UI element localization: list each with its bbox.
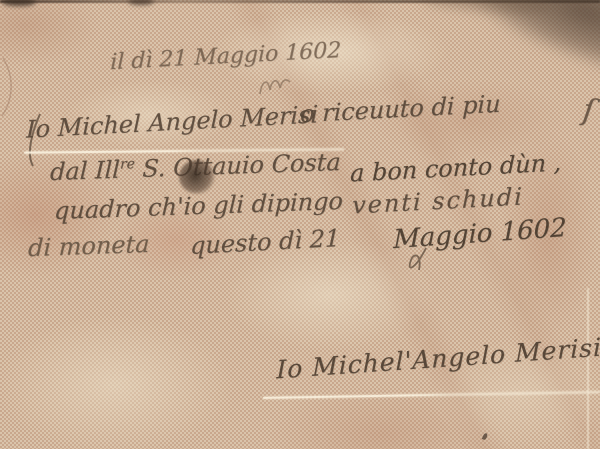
body-line1-right: o riceuuto di piu	[300, 92, 501, 127]
date-flourish	[256, 74, 296, 100]
manuscript-page: il dì 21 Maggio 1602 Io Michel Angelo Me…	[0, 0, 600, 449]
top-edge-smudge-2	[128, 0, 154, 5]
body-line3-left: quadro ch'io gli dipingo	[54, 189, 344, 223]
ink-speck	[482, 432, 489, 440]
body-line2-right: a bon conto dùn ,	[350, 150, 562, 185]
line2-prefix: dal Ill	[50, 156, 121, 186]
paper-crease	[0, 58, 20, 118]
margin-stroke: ſ	[581, 95, 596, 126]
body-line1-left: Io Michel Angelo Merisi	[26, 102, 318, 141]
top-edge-smudge	[2, 0, 36, 6]
body-line4-left: di moneta	[28, 232, 150, 260]
line2-superscript: re	[120, 156, 135, 173]
date-line: il dì 21 Maggio 1602	[110, 40, 341, 74]
corner-shadow	[447, 0, 600, 85]
signature: Io Michel'Angelo Merisi	[276, 335, 600, 383]
body-line3-right: venti schudi	[352, 184, 524, 217]
vertical-crease	[587, 288, 589, 449]
line2-rest: S. Ottauio Costa	[134, 148, 341, 183]
maggio-descender-flourish	[402, 246, 442, 276]
ink-blot	[179, 160, 215, 194]
scratch-underline-2	[263, 391, 600, 399]
body-line4-mid: questo dì 21	[190, 226, 340, 258]
io-flourish	[24, 112, 48, 170]
